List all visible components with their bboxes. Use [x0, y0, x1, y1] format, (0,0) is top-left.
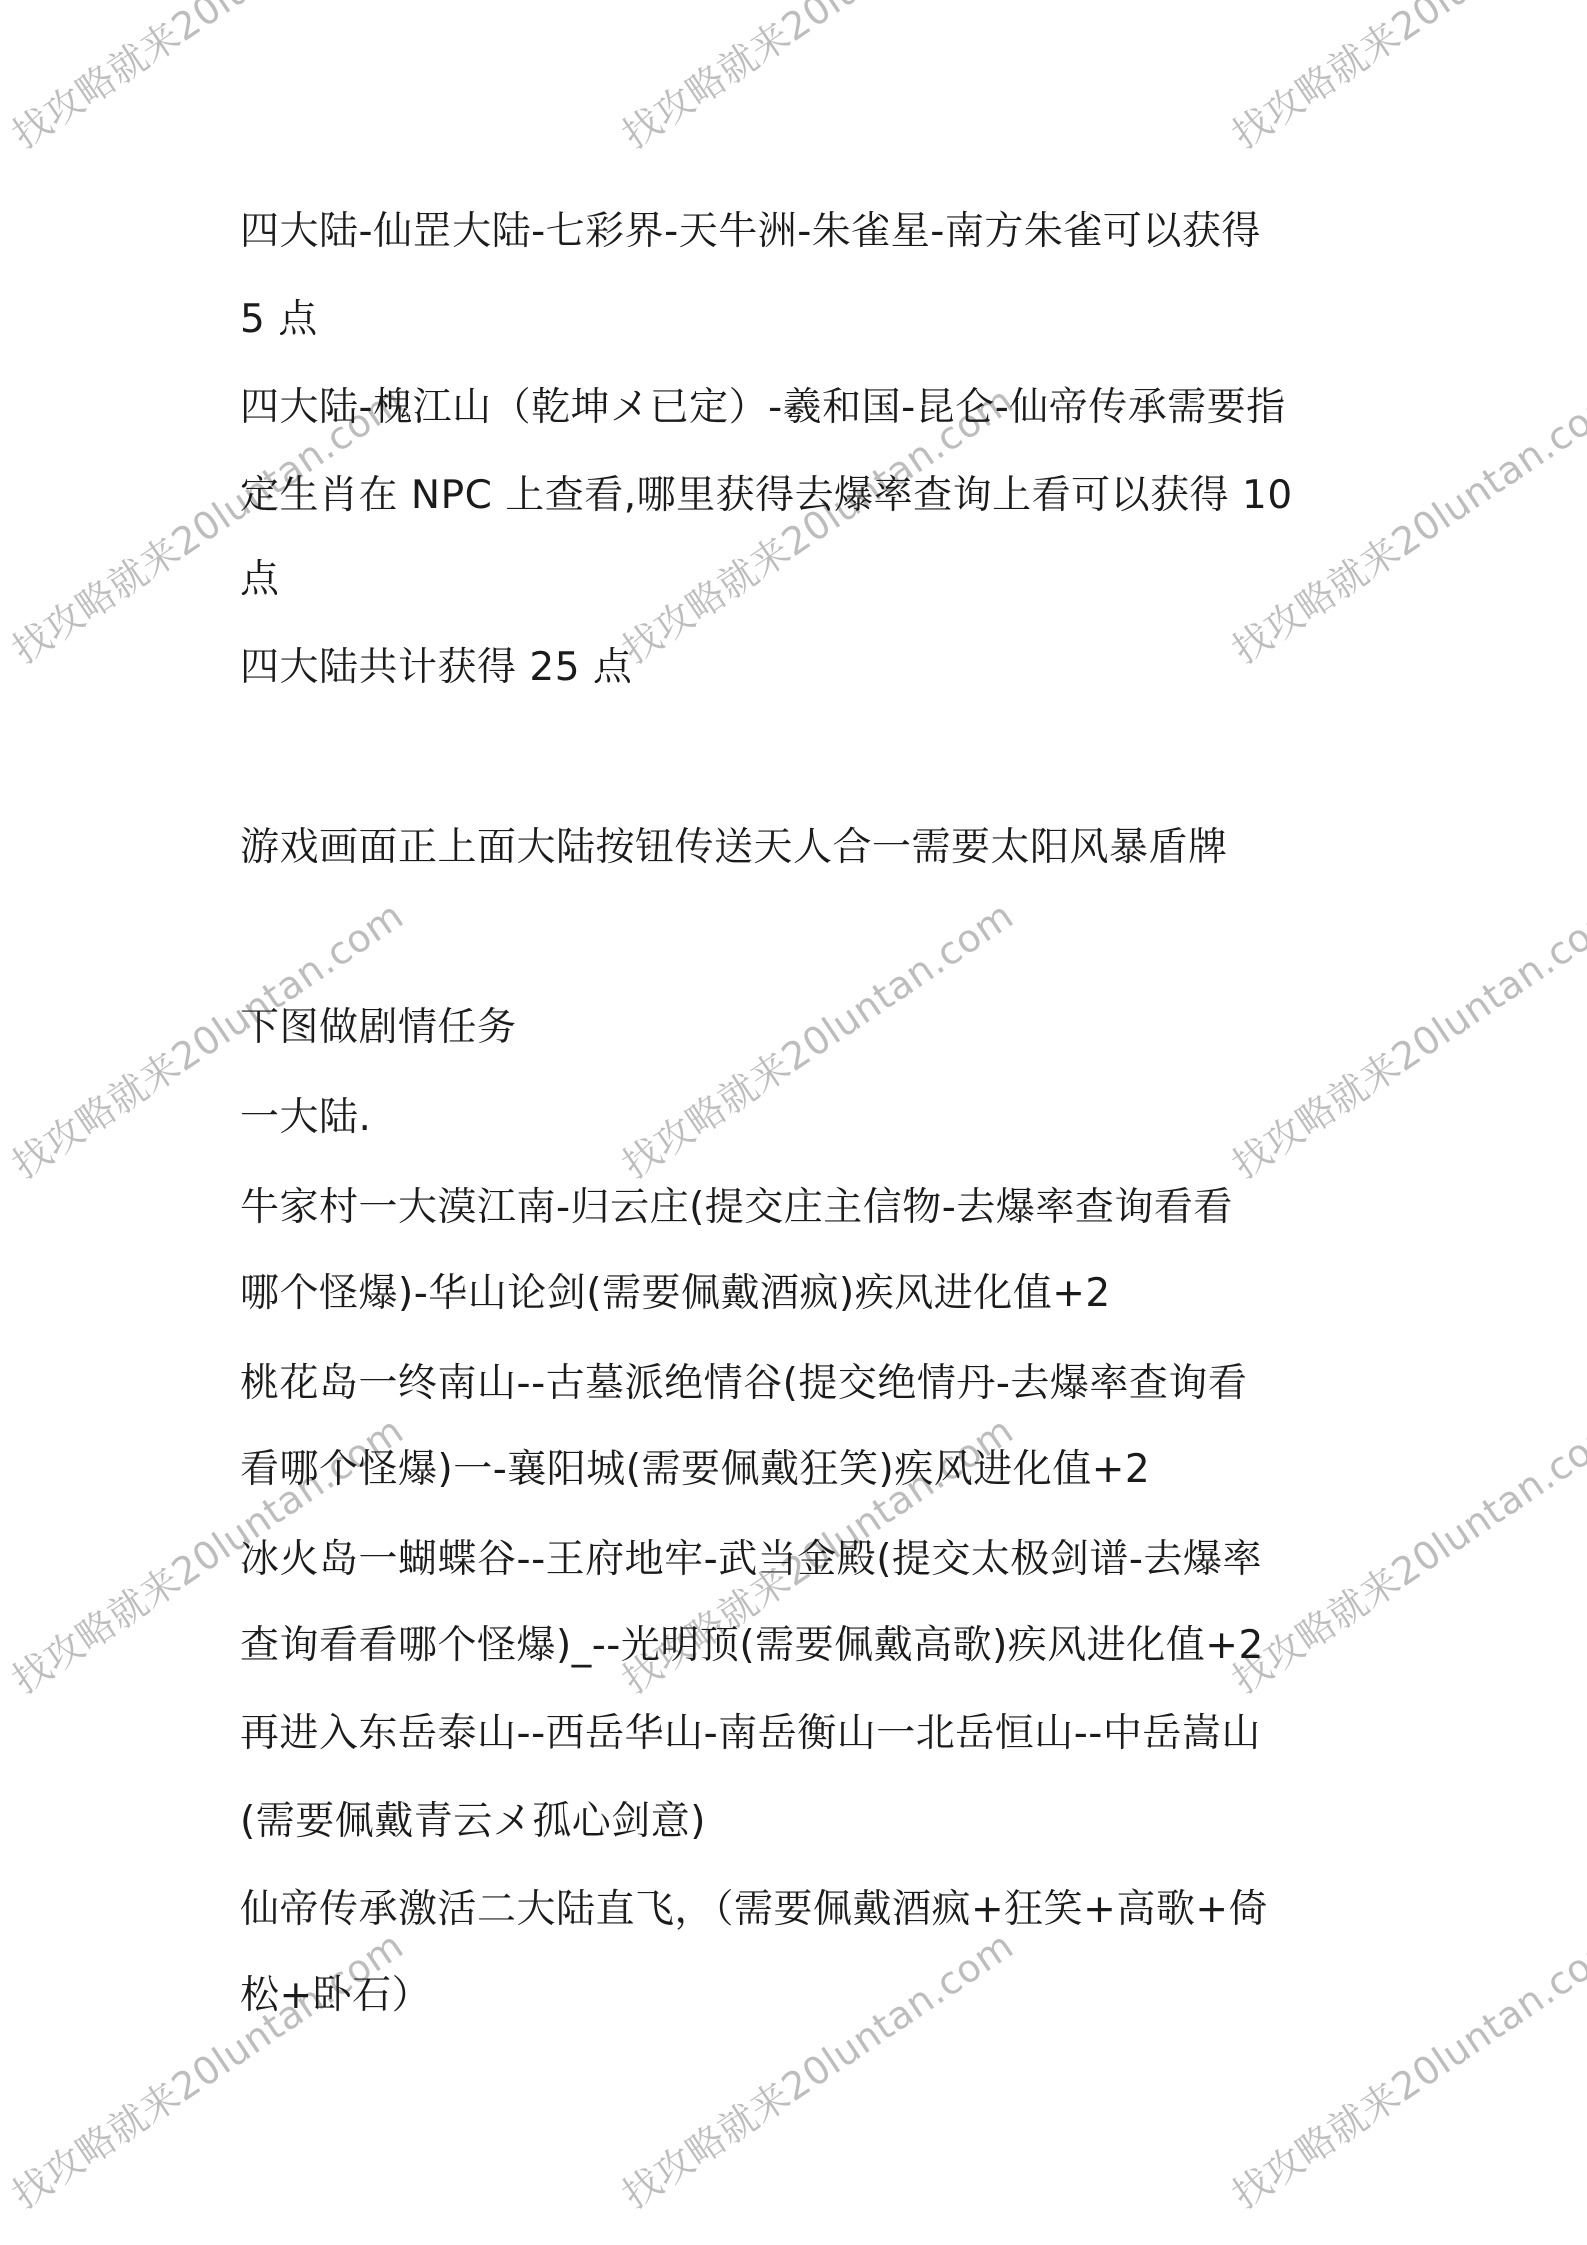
paragraph-line: 四大陆-仙罡大陆-七彩界-天牛洲-朱雀星-南方朱雀可以获得	[240, 208, 1261, 256]
document-page: 找攻略就来20luntan.com 找攻略就来20luntan.com 找攻略就…	[0, 0, 1587, 2245]
paragraph-line: 牛家村一大漠江南-归云庄(提交庄主信物-去爆率查询看看	[240, 1184, 1233, 1232]
watermark: 找攻略就来20luntan.com	[609, 0, 1022, 159]
paragraph-line: 查询看看哪个怪爆)_--光明顶(需要佩戴高歌)疾风进化值+2	[240, 1622, 1264, 1670]
paragraph-line: 哪个怪爆)-华山论剑(需要佩戴酒疯)疾风进化值+2	[240, 1270, 1111, 1318]
paragraph-line: 看哪个怪爆)一-襄阳城(需要佩戴狂笑)疾风进化值+2	[240, 1446, 1150, 1494]
paragraph-line: 点	[240, 556, 280, 604]
watermark: 找攻略就来20luntan.com	[1219, 0, 1587, 159]
watermark: 找攻略就来20luntan.com	[609, 886, 1022, 1189]
paragraph-line: 桃花岛一终南山--古墓派绝情谷(提交绝情丹-去爆率查询看	[240, 1360, 1247, 1408]
paragraph-line: (需要佩戴青云メ孤心剑意)	[240, 1798, 706, 1846]
watermark: 找攻略就来20luntan.com	[1219, 1916, 1587, 2219]
watermark: 找攻略就来20luntan.com	[1219, 886, 1587, 1189]
paragraph-line: 定生肖在 NPC 上查看,哪里获得去爆率查询上看可以获得 10	[240, 472, 1293, 520]
watermark: 找攻略就来20luntan.com	[0, 0, 412, 159]
watermark: 找攻略就来20luntan.com	[0, 1916, 412, 2219]
paragraph-line: 冰火岛一蝴蝶谷--王府地牢-武当金殿(提交太极剑谱-去爆率	[240, 1536, 1262, 1584]
paragraph-line: 仙帝传承激活二大陆直飞，（需要佩戴酒疯+狂笑+高歌+倚	[240, 1886, 1268, 1934]
section-heading: 下图做剧情任务	[240, 1004, 517, 1052]
watermark: 找攻略就来20luntan.com	[609, 1916, 1022, 2219]
paragraph-line: 5 点	[240, 296, 318, 344]
paragraph-line: 再进入东岳泰山--西岳华山-南岳衡山一北岳恒山--中岳嵩山	[240, 1710, 1261, 1758]
paragraph-line: 四大陆-槐江山（乾坤メ已定）-羲和国-昆仑-仙帝传承需要指	[240, 384, 1286, 432]
paragraph-line: 游戏画面正上面大陆按钮传送天人合一需要太阳风暴盾牌	[240, 824, 1228, 872]
section-subheading: 一大陆.	[240, 1094, 371, 1142]
watermark: 找攻略就来20luntan.com	[1219, 1401, 1587, 1704]
paragraph-line: 松+卧石）	[240, 1972, 431, 2020]
paragraph-line: 四大陆共计获得 25 点	[240, 644, 632, 692]
